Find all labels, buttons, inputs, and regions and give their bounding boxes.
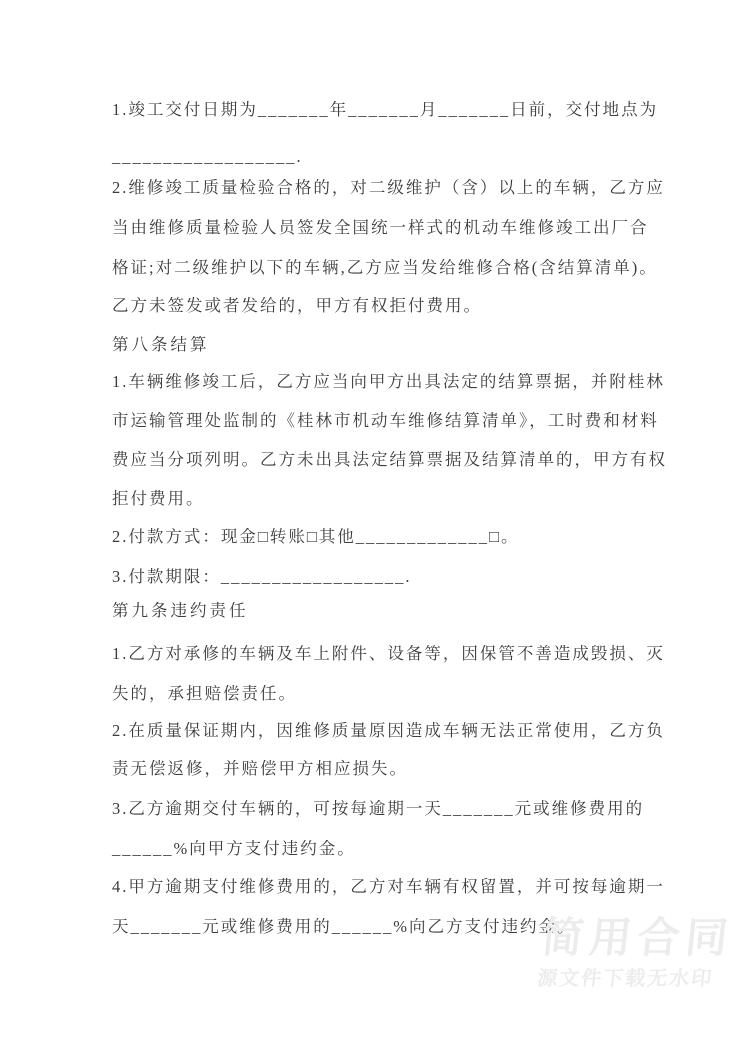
text-line: 1.乙方对承修的车辆及车上附件、设备等，因保管不善造成毁损、灭 (112, 644, 657, 664)
text-line: __________________. (112, 147, 657, 167)
text-line-payment-deadline: 3.付款期限：__________________. (112, 567, 657, 587)
text-line: 失的，承担赔偿责任。 (112, 684, 657, 704)
text-line: 责无偿返修，并赔偿甲方相应损失。 (112, 759, 657, 779)
text-line: 1.竣工交付日期为_______年_______月_______日前，交付地点为 (112, 100, 657, 120)
text-line: 当由维修质量检验人员签发全国统一样式的机动车维修竣工出厂合 (112, 218, 657, 238)
text-line: 乙方未签发或者发给的，甲方有权拒付费用。 (112, 296, 657, 316)
text-line: ______%向甲方支付违约金。 (112, 839, 657, 859)
text-line: 拒付费用。 (112, 489, 657, 509)
text-line: 4.甲方逾期支付维修费用的，乙方对车辆有权留置，并可按每逾期一 (112, 877, 657, 897)
text-line: 3.乙方逾期交付车辆的，可按每逾期一天_______元或维修费用的 (112, 799, 657, 819)
section-heading-article-8: 第八条结算 (112, 335, 657, 355)
text-line-payment-method: 2.付款方式：现金□转账□其他_____________□。 (112, 527, 657, 547)
text-line: 费应当分项列明。乙方未出具法定结算票据及结算清单的，甲方有权 (112, 450, 657, 470)
text-line: 1.车辆维修竣工后，乙方应当向甲方出具法定的结算票据，并附桂林 (112, 372, 657, 392)
text-line: 2.维修竣工质量检验合格的，对二级维护（含）以上的车辆，乙方应 (112, 178, 657, 198)
text-line: 2.在质量保证期内，因维修质量原因造成车辆无法正常使用，乙方负 (112, 721, 657, 741)
text-line: 天_______元或维修费用的______%向乙方支付违约金。 (112, 917, 657, 937)
contract-document-page: 1.竣工交付日期为_______年_______月_______日前，交付地点为… (0, 0, 742, 1049)
text-line: 市运输管理处监制的《桂林市机动车维修结算清单》，工时费和材料 (112, 411, 657, 431)
section-heading-article-9: 第九条违约责任 (112, 601, 657, 621)
watermark-subtitle: 源文件下载无水印 (536, 968, 742, 990)
text-line: 格证;对二级维护以下的车辆,乙方应当发给维修合格(含结算清单)。 (112, 258, 657, 278)
